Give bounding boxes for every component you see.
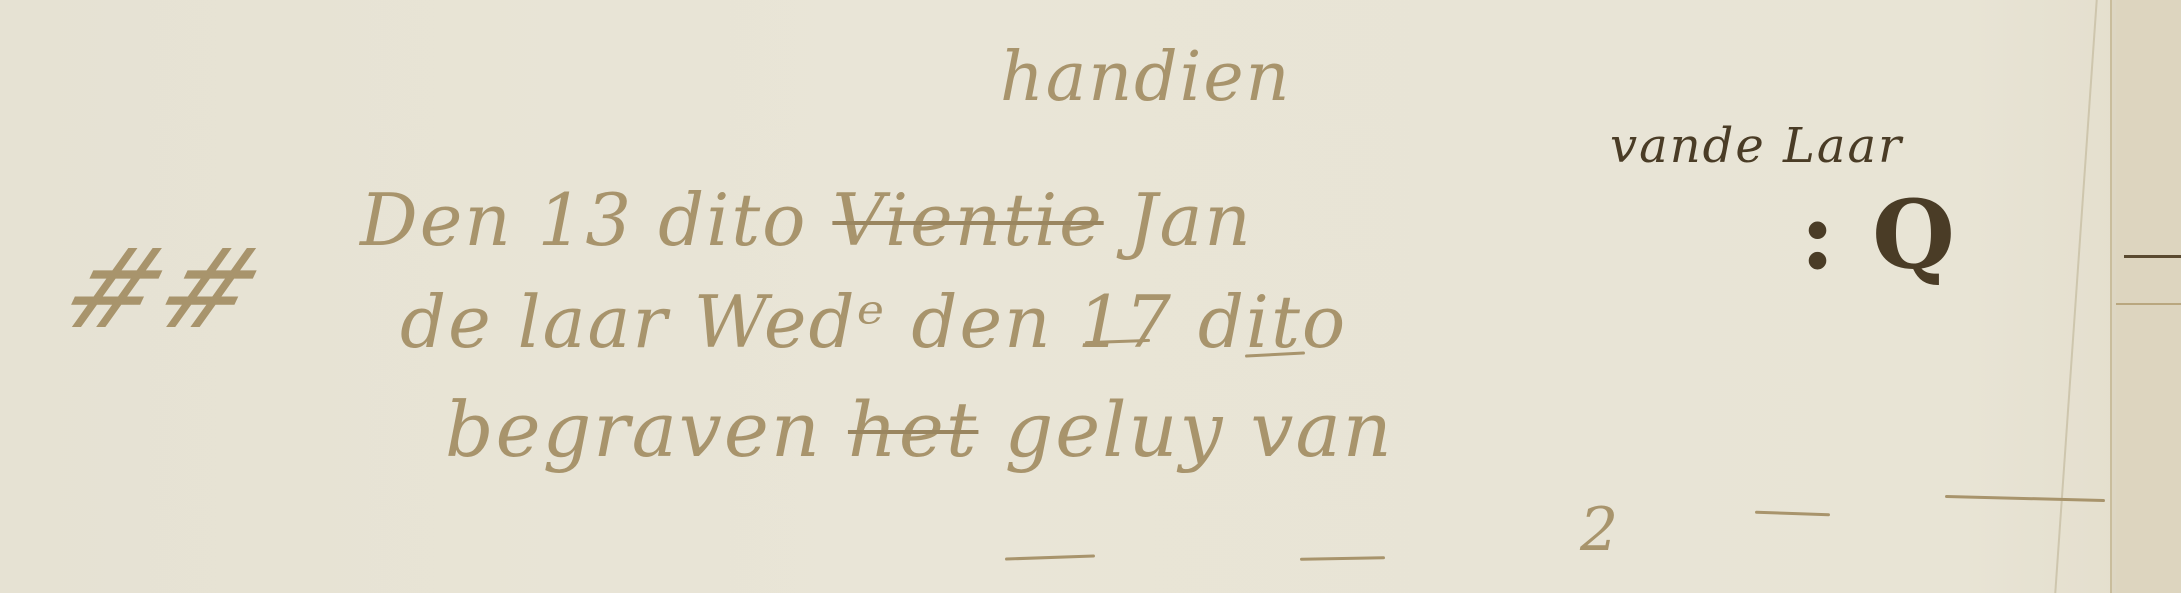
- inserted-word: handien: [1000, 38, 1291, 117]
- margin-surname-note: vande Laar: [1610, 118, 1903, 174]
- fee-number: 2: [1580, 495, 1620, 565]
- struck-word: het: [848, 385, 978, 474]
- adjacent-page-strip: [2116, 0, 2181, 593]
- text-line-2: de laar Wedᵉ den 17 dito: [400, 280, 1347, 364]
- ruled-line: [2124, 255, 2181, 258]
- struck-word: Vientie: [832, 178, 1103, 262]
- line-3-part-3: geluy van: [978, 385, 1393, 474]
- line-1-part-1: Den 13 dito: [360, 178, 832, 262]
- text-line-1: Den 13 dito Vientie Jan: [360, 178, 1253, 262]
- line-3-part-1: begraven: [445, 385, 848, 474]
- line-1-part-3: Jan: [1104, 178, 1253, 262]
- margin-tally-mark: ##: [40, 225, 288, 353]
- text-line-3: begraven het geluy van: [445, 385, 1394, 474]
- dash-mark: [1945, 495, 2105, 502]
- dash-mark: [1300, 556, 1385, 560]
- manuscript-page: ## handien Den 13 dito Vientie Jan de la…: [0, 0, 2181, 593]
- margin-sign-mark: : Q: [1800, 180, 1957, 291]
- line-2-part-1: de laar Wedᵉ den 17 dito: [400, 280, 1347, 364]
- dash-mark: [1755, 511, 1830, 517]
- page-fold-line: [2054, 0, 2097, 593]
- ruled-line: [2116, 303, 2181, 305]
- dash-mark: [1005, 554, 1095, 560]
